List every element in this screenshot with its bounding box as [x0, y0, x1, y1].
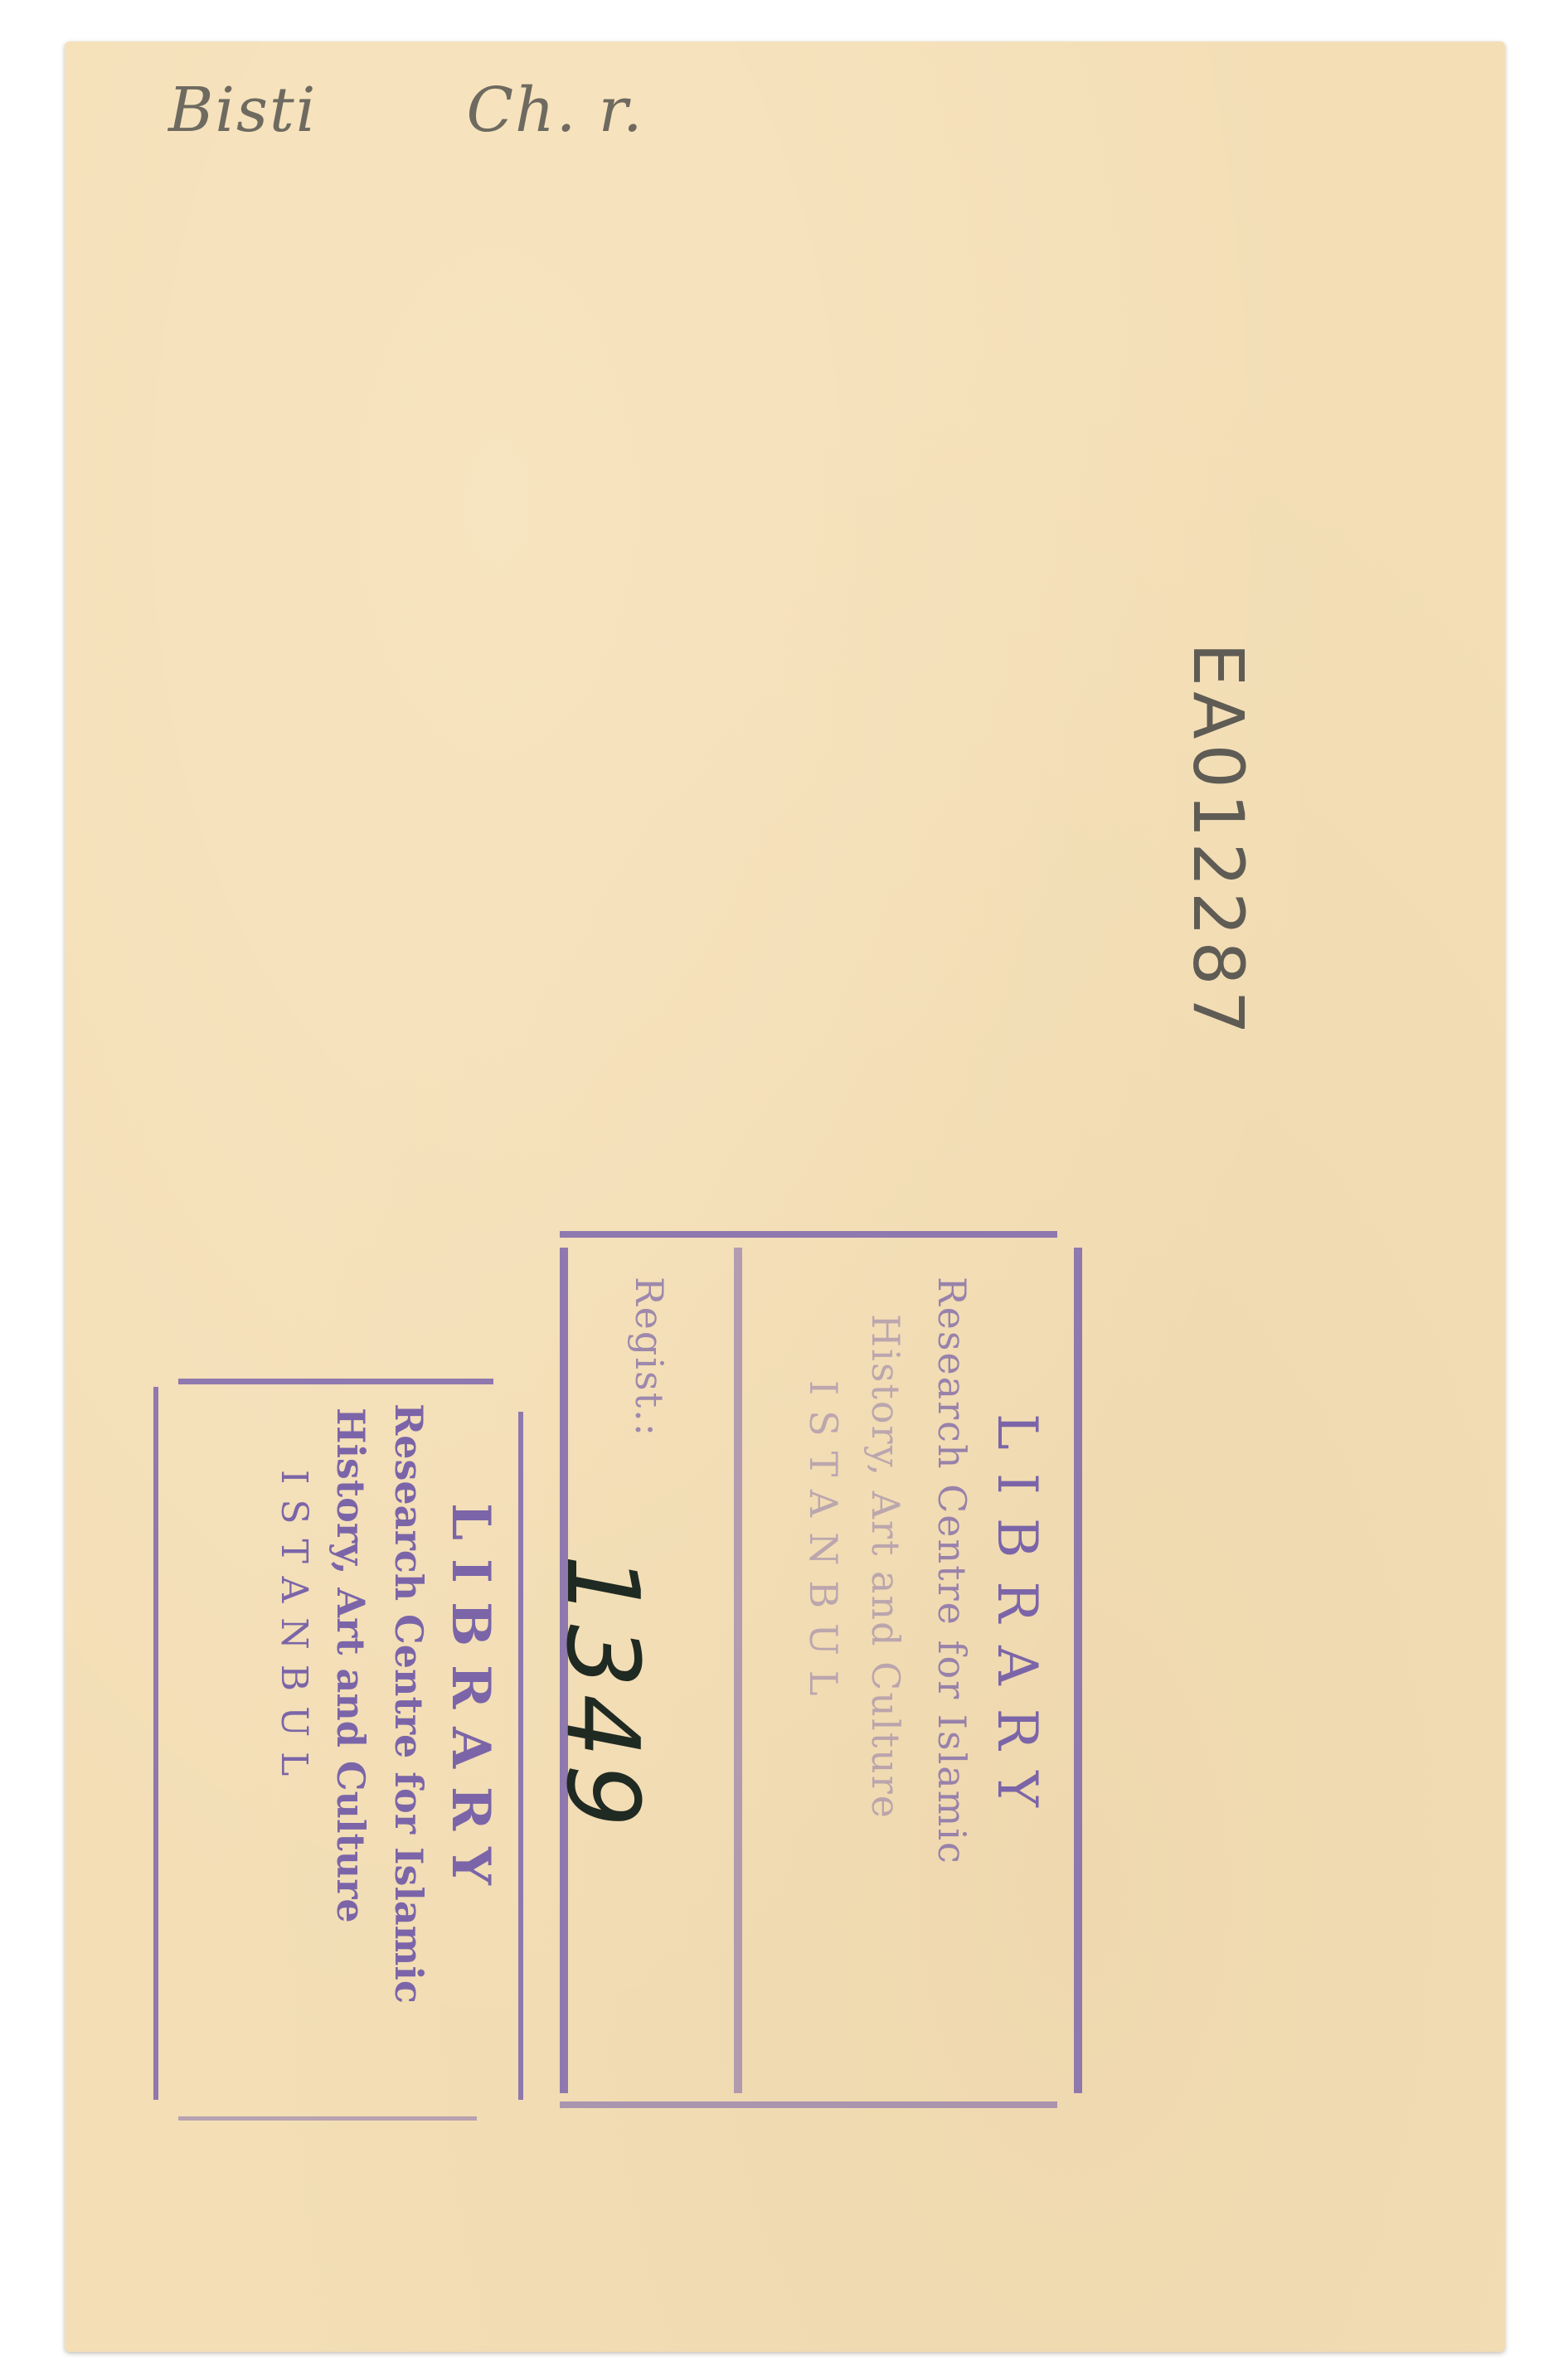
stamp-border-left: [153, 1387, 158, 2100]
register-number: 1349: [544, 1554, 659, 1834]
stamp-border-top: [560, 1231, 1057, 1238]
pencil-note-top: BistiCh. r.: [168, 75, 644, 146]
stamp-line-3: ISTANBUL: [801, 1380, 846, 1710]
stamp-border-right: [518, 1412, 523, 2100]
pencil-note-name: Bisti: [168, 75, 317, 146]
stamp-border-top: [178, 1379, 493, 1384]
archival-card: BistiCh. r. EA012287 LIBRARY Research Ce…: [65, 41, 1505, 2352]
stamp-title: LIBRARY: [439, 1503, 502, 1903]
stamp-title: LIBRARY: [985, 1413, 1049, 1830]
stamp-line-3: ISTANBUL: [273, 1470, 315, 1791]
register-label: Regist.:: [627, 1277, 672, 1437]
catalog-number: EA012287: [1178, 642, 1259, 1040]
stamp-line-2: History, Art and Culture: [863, 1314, 908, 1820]
library-stamp: LIBRARY Research Centre for Islamic Hist…: [153, 1379, 518, 2120]
stamp-divider: [734, 1248, 742, 2093]
stamp-line-2: History, Art and Culture: [328, 1408, 373, 1923]
stamp-border-right: [1074, 1248, 1082, 2093]
stamp-border-bottom: [178, 2116, 477, 2121]
stamp-line-1: Research Centre for Islamic: [930, 1277, 974, 1865]
pencil-note-abbrev: Ch. r.: [466, 75, 643, 146]
library-register-stamp: LIBRARY Research Centre for Islamic Hist…: [560, 1231, 1076, 2110]
stamp-border-bottom: [560, 2101, 1057, 2108]
stamp-line-1: Research Centre for Islamic: [386, 1403, 431, 2004]
